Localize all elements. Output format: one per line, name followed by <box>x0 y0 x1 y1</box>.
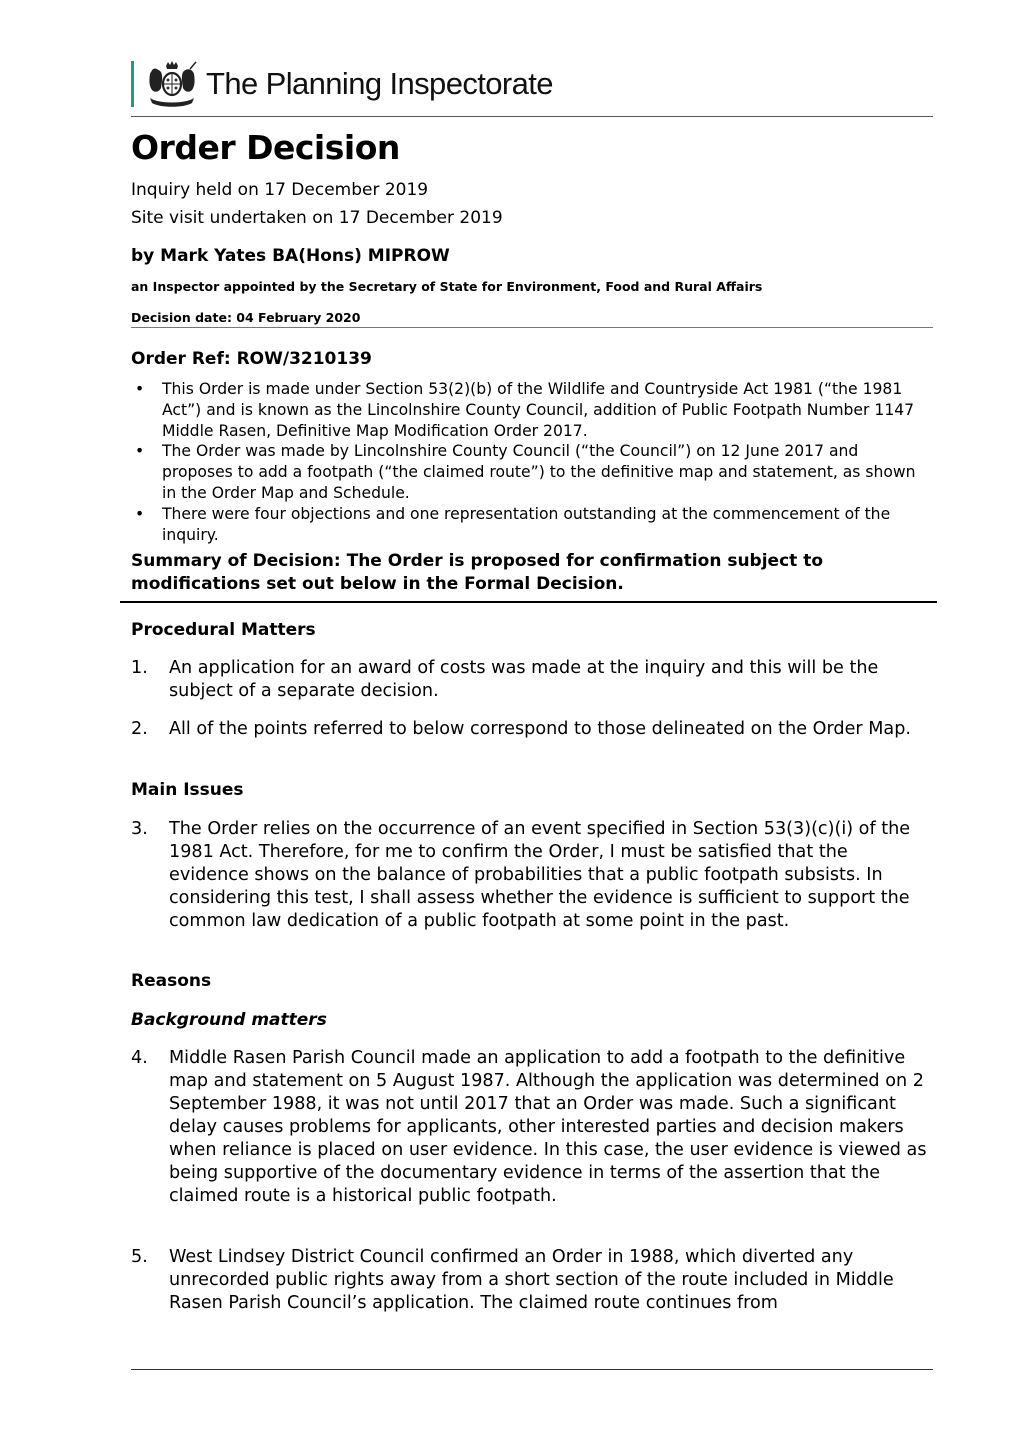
paragraph-3: 3. The Order relies on the occurrence of… <box>131 818 931 933</box>
paragraph-5: 5. West Lindsey District Council confirm… <box>131 1246 931 1315</box>
paragraph-number: 3. <box>131 818 148 841</box>
order-summary-list: •This Order is made under Section 53(2)(… <box>131 379 933 545</box>
decision-date: Decision date: 04 February 2020 <box>131 310 360 325</box>
paragraph-2: 2. All of the points referred to below c… <box>131 718 931 741</box>
header-divider <box>131 116 933 117</box>
list-item: •There were four objections and one repr… <box>131 504 933 546</box>
paragraph-number: 4. <box>131 1047 148 1070</box>
heading-main-issues: Main Issues <box>131 780 244 800</box>
bullet-icon: • <box>135 379 144 400</box>
decision-divider <box>131 327 933 328</box>
paragraph-text: All of the points referred to below corr… <box>169 718 931 741</box>
list-item: •This Order is made under Section 53(2)(… <box>131 379 933 441</box>
heading-reasons: Reasons <box>131 971 211 991</box>
page-title: Order Decision <box>131 128 400 167</box>
paragraph-number: 1. <box>131 657 148 680</box>
organisation-name: The Planning Inspectorate <box>206 66 553 102</box>
bullet-icon: • <box>135 441 144 462</box>
paragraph-text: West Lindsey District Council confirmed … <box>169 1246 931 1315</box>
inquiry-date: Inquiry held on 17 December 2019 <box>131 180 428 200</box>
paragraph-number: 2. <box>131 718 148 741</box>
summary-divider <box>120 601 937 603</box>
paragraph-4: 4. Middle Rasen Parish Council made an a… <box>131 1047 931 1208</box>
paragraph-number: 5. <box>131 1246 148 1269</box>
paragraph-text: The Order relies on the occurrence of an… <box>169 818 931 933</box>
order-reference: Order Ref: ROW/3210139 <box>131 349 372 369</box>
paragraph-1: 1. An application for an award of costs … <box>131 657 931 703</box>
brand-header: The Planning Inspectorate <box>131 60 553 108</box>
paragraph-text: Middle Rasen Parish Council made an appl… <box>169 1047 931 1208</box>
brand-accent-bar <box>131 61 134 107</box>
royal-coat-of-arms-icon <box>146 60 198 108</box>
list-item: •The Order was made by Lincolnshire Coun… <box>131 441 933 503</box>
inspector-appointment: an Inspector appointed by the Secretary … <box>131 279 762 294</box>
bullet-icon: • <box>135 504 144 525</box>
subheading-background-matters: Background matters <box>131 1010 327 1030</box>
heading-procedural-matters: Procedural Matters <box>131 620 316 640</box>
inspector-name: by Mark Yates BA(Hons) MIPROW <box>131 246 450 266</box>
footer-divider <box>131 1369 933 1370</box>
summary-of-decision: Summary of Decision: The Order is propos… <box>131 550 931 596</box>
site-visit-date: Site visit undertaken on 17 December 201… <box>131 208 503 228</box>
paragraph-text: An application for an award of costs was… <box>169 657 931 703</box>
